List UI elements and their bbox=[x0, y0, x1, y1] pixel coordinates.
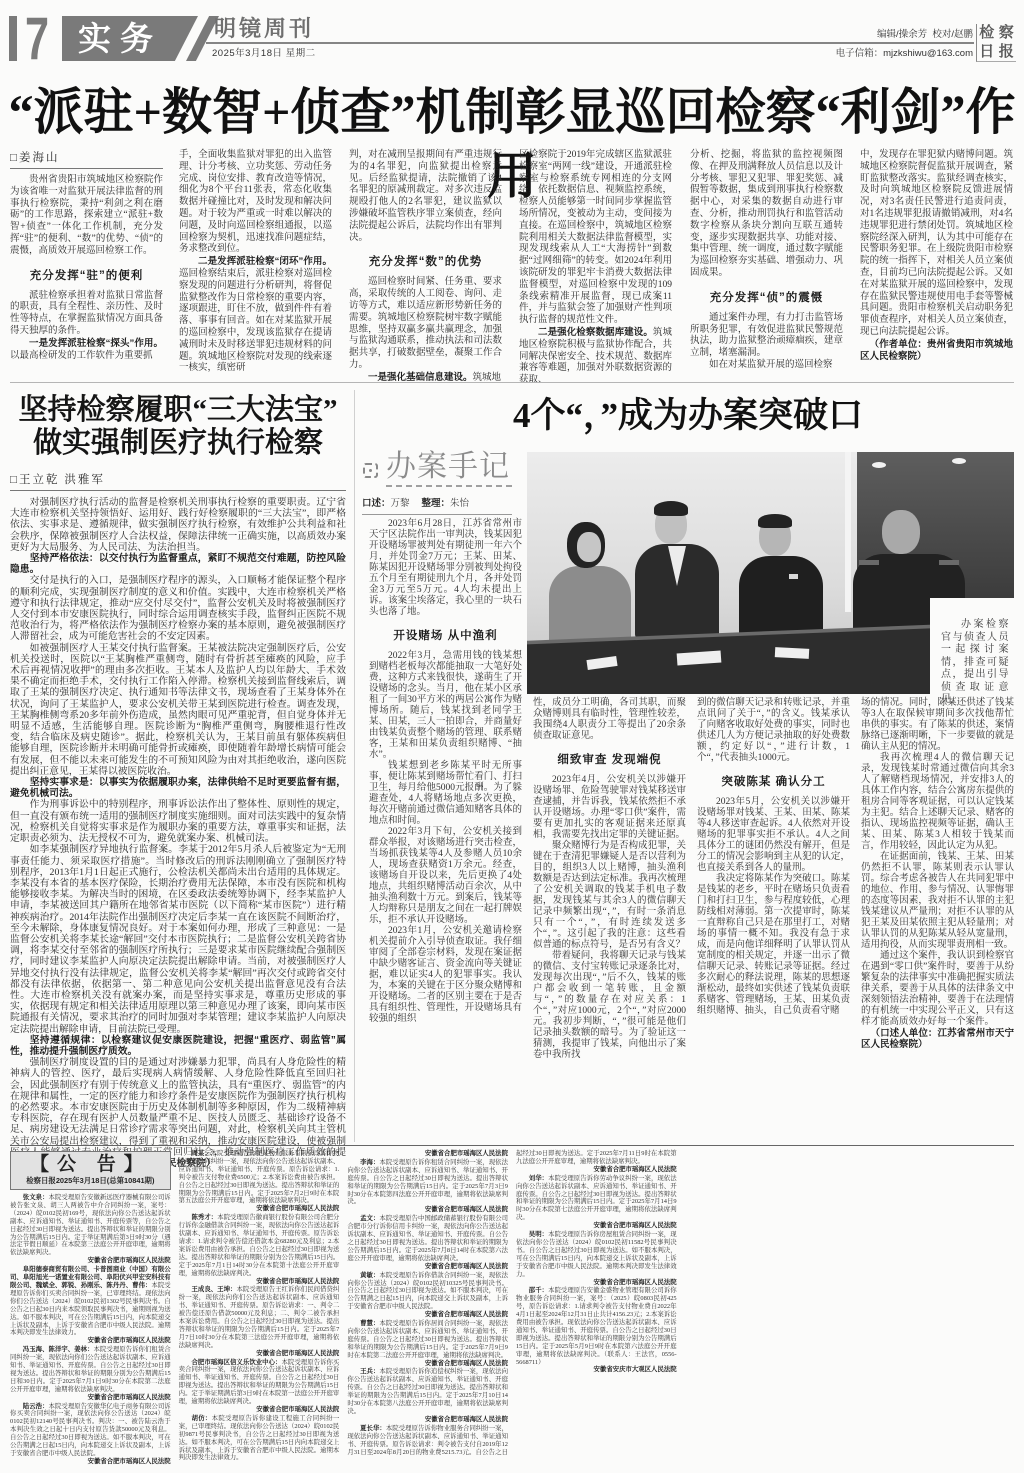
notice-item: 黄敏：本院受理原告诉你借款合同纠纷一案，现依法向你公告送达（2024）皖0102… bbox=[347, 1272, 508, 1319]
notice-court: 安徽省合肥市瑶海区人民法院 bbox=[179, 1278, 340, 1286]
paragraph: 二是强化检察数据库建设。筑城地区检察院积极与监狱协作配合，共同解决保密安全、技术… bbox=[519, 327, 672, 387]
paragraph-text: 如在对某监狱开展的巡回检察 bbox=[709, 360, 833, 370]
notice-body: 本院受理原告诉你房屋租赁合同纠纷一案，现依法向你公告送达（2024）皖0102民… bbox=[516, 1231, 677, 1278]
article2-body: □王立乾 洪雅军对强制医疗执行活动的监督是检察机关刑事执行检察的重要职责。辽宁省… bbox=[10, 472, 346, 1169]
notice-recipient: 陈秀才： bbox=[191, 1214, 217, 1221]
logo-char: 日 bbox=[977, 43, 997, 62]
paragraph: 巡回检察时间紧、任务重、要求高，采取传统的人工阅卷、询问、走访等方式，难以适应新… bbox=[349, 277, 502, 371]
paragraph-text: 如李某强制医疗异地执行监督案。李某于2012年5月杀人后被鉴定为“无刑事责任能力… bbox=[10, 844, 346, 1034]
notice-body: 本院受理原告安徽华亿电子商务有限公司诉你买卖合同纠纷一案，现依法向你公告送达（2… bbox=[10, 1403, 171, 1457]
editor-credits: 编辑/操余芳 校对/赵鹏 bbox=[877, 29, 973, 41]
notice-item: 刘华：本院受理原告诉你劳动争议纠纷一案，现依法向你公告送达起诉状副本、应诉通知书… bbox=[516, 1175, 677, 1230]
notice-court: 安徽省合肥市瑶海区人民法院 bbox=[516, 1222, 677, 1230]
paragraph-lead: 坚持严格依法：以交付执行为监督重点，紧盯不规范交付难题，防控风险隐患。 bbox=[10, 553, 346, 575]
photo-person-4-epaulette bbox=[939, 560, 959, 565]
paragraph: 我再次梳理4人的微信聊天记录，发现钱某时常通过微信向其余3人了解赌档现场情况，并… bbox=[861, 753, 1014, 852]
article1-column-2: 手，全面收集监狱对罪犯的出入监管理、计分考核、立功奖惩、劳动任务完成、岗位安排、… bbox=[179, 150, 332, 375]
case-notes-icon bbox=[363, 463, 378, 478]
paragraph: 分析、挖掘，将监狱的监控视频图像、在押及刑满释放人员信息以及计分考核、罪犯又犯罪… bbox=[690, 150, 843, 280]
paragraph-lead: 二是强化检察数据库建设。 bbox=[538, 327, 653, 338]
photo-person-3-body bbox=[739, 556, 823, 642]
paragraph-text: 通过案件办理，有力打击监管场所职务犯罪，有效促进监狱民警规范执法，助力监狱整治顽… bbox=[690, 313, 843, 358]
paragraph: 如被强制医疗人王某交付执行监督案。王某被法院决定强制医疗后，公安机关投送时，医院… bbox=[10, 643, 346, 777]
notice-item: 吴明：本院受理原告诉你房屋租赁合同纠纷一案，现依法向你公告送达（2024）皖01… bbox=[516, 1231, 677, 1286]
paragraph: 派驻检察承担着对监狱日常监督的职责，具有全程性、亲历性、及时性等特点，在掌握监狱… bbox=[10, 291, 163, 338]
paragraph: 二是发挥派驻检察“闭环”作用。巡回检察结束后，派驻检察对巡回检察发现的问题进行分… bbox=[179, 256, 332, 375]
notice-recipient: 阜阳德泰商贸有限公司、卡普图商业（中国）有限公司、阜阳旭光一诺置业有限公司、阜阳… bbox=[10, 1266, 171, 1289]
paragraph-text: 2022年3月，急需用钱的钱某想到赌档老板每次都能抽取一大笔好处费，这种方式来钱… bbox=[369, 651, 522, 760]
narrator-name: 万黎 bbox=[391, 499, 410, 509]
paragraph: 2022年3月下旬，公安机关接到群众举报，对该赌场进行突击检查，当场抓获钱某等4… bbox=[369, 827, 522, 926]
notice-body: 本院受理原告中国邮政储蓄银行股份有限公司合肥市分行诉你信用卡纠纷一案，现依法向你… bbox=[347, 1215, 508, 1262]
paragraph-text: 我再次梳理4人的微信聊天记录，发现钱某时常通过微信向其余3人了解赌档现场情况，并… bbox=[861, 753, 1014, 851]
paragraph-text: 突破陈某 确认分工 bbox=[721, 776, 825, 788]
paragraph-text: 2023年5月，公安机关以涉嫌开设赌场罪对钱某、王某、田某、陈某等4人移送审查起… bbox=[697, 797, 850, 873]
paragraph: 中，发现存在罪犯狱内赌博问题。筑城地区检察院督促监狱开展调查，紧盯监狱整改落实。… bbox=[860, 150, 1013, 339]
notice-recipient: 孟文： bbox=[360, 1215, 379, 1222]
notice-item: 陆云浩：本院受理原告安徽华亿电子商务有限公司诉你买卖合同纠纷一案，现依法向你公告… bbox=[10, 1403, 171, 1466]
notice-recipient: 冯玉海、陈洋宇、姜林： bbox=[23, 1346, 94, 1353]
notice-court: 安徽省合肥市瑶海区人民法院 bbox=[516, 1166, 677, 1174]
paragraph: 通过这个案件，我认识到检察官在遇到“零口供”案件时，要善于从纷繁复杂的法律事实中… bbox=[861, 951, 1014, 1028]
notice-body: 本院受理原告安徽金盛物业管理有限公司诉你物业服务合同纠纷一案，案号：（2025）… bbox=[516, 1287, 677, 1365]
notice-recipient: 胡仿： bbox=[191, 1415, 211, 1422]
paragraph-text: 手，全面收集监狱对罪犯的出入监管理、计分考核、立功奖惩、劳动任务完成、岗位安排、… bbox=[179, 150, 332, 254]
logo-char: 检 bbox=[977, 24, 997, 43]
notice-recipient: 邵千： bbox=[529, 1287, 548, 1294]
notice-court: 安徽省合肥市瑶海区人民法院 bbox=[516, 1279, 677, 1287]
paragraph-text: 贵州省贵阳市筑城地区检察院作为该省唯一对监狱开展法律监督的刑事执行检察院，秉持“… bbox=[10, 175, 163, 256]
notice-court: 安徽省合肥市瑶海区人民法院 bbox=[347, 1360, 508, 1368]
article3-column-2: 性，成员分工明确，各司其职，而聚众赌博则具有临时性，管理性较差，我围绕4人职责分… bbox=[533, 698, 686, 1061]
editor-name: 朱怡 bbox=[450, 499, 469, 509]
paragraph-text: 充分发挥“侦”的震慑 bbox=[710, 292, 824, 304]
paragraph: 作为刑事诉讼中的特别程序，刑事诉讼法作出了整体性、原则性的规定，但一直没有颁布统… bbox=[10, 799, 346, 844]
paragraph: 如在对某监狱开展的巡回检察 bbox=[690, 360, 843, 372]
paragraph: （口述人单位：江苏省常州市天宁区人民检察院） bbox=[861, 1028, 1014, 1050]
notice-recipient: 王兵： bbox=[360, 1368, 379, 1375]
photo-person-1-body bbox=[549, 566, 631, 646]
article1-column-3: 判，对在减刑呈报期间有严重违规行为的4名罪犯，向监狱提出检察意见。后经监狱提请，… bbox=[349, 150, 502, 385]
photo-document bbox=[775, 647, 809, 659]
notice-item: 陈秀才：本院受理原告徽商银行股份有限公司合肥分行诉你金融借款合同纠纷一案，现依法… bbox=[179, 1214, 340, 1285]
notice-court: 安徽省安庆市大观区人民法院 bbox=[516, 1366, 677, 1374]
notice-court: 安徽省合肥市瑶海区人民法院 bbox=[347, 1416, 508, 1424]
column-name: 明镜周刊 bbox=[214, 16, 314, 42]
article3-credits: 口述：万黎整理：朱怡 bbox=[362, 497, 512, 515]
paragraph: 2023年1月，公安机关邀请检察机关提前介入引导侦查取证。我仔细审阅了全部卷宗材… bbox=[369, 926, 522, 1025]
paragraph: 突破陈某 确认分工 bbox=[697, 775, 850, 789]
paragraph-text: 场的情况。同时，陈某还供述了钱某等3人在取保候审期间多次找他帮忙串供的事实。有了… bbox=[861, 698, 1014, 752]
paragraph: 2022年3月，急需用钱的钱某想到赌档老板每次都能抽取一大笔好处费，这种方式来钱… bbox=[369, 651, 522, 761]
paragraph: 手，全面收集监狱对罪犯的出入监管理、计分考核、立功奖惩、劳动任务完成、岗位安排、… bbox=[179, 150, 332, 256]
notice-court: 安徽省合肥市瑶海区人民法院 bbox=[347, 1150, 508, 1158]
article3-headline: 4个“，”成为办案突破口 bbox=[362, 394, 1014, 438]
paragraph-text: 2023年4月，公安机关以涉嫌开设赌场罪、危险驾驶罪对钱某移送审查逮捕，并告诉我… bbox=[533, 775, 686, 840]
paragraph: 到的微信聊天记录和转账记录，并重点讯问了关于“，”的含义。钱某承认了向赌客收取好… bbox=[697, 698, 850, 764]
paragraph: 性，成员分工明确，各司其职，而聚众赌博则具有临时性，管理性较差，我围绕4人职责分… bbox=[533, 698, 686, 742]
paragraph: 场的情况。同时，陈某还供述了钱某等3人在取保候审期间多次找他帮忙串供的事实。有了… bbox=[861, 698, 1014, 753]
paragraph-text: 聚众赌博行为是否构成犯罪，关键在于查清犯罪嫌疑人是否以营利为目的，组织3人以上赌… bbox=[533, 841, 686, 950]
photo-person-3-badge bbox=[789, 574, 798, 579]
paragraph-text: 巡回检察时间紧、任务重、要求高，采取传统的人工阅卷、询问、走访等方式，难以适应新… bbox=[349, 277, 502, 370]
paragraph-text: 巡回检察结束后，派驻检察对巡回检察发现的问题进行分析研判，将督促监狱整改作为日常… bbox=[179, 269, 332, 373]
photo-person-1-face bbox=[577, 532, 601, 562]
notice-body: 本院受理原告安徽新远医疗器械有限公司诉被告张文泉、胡三人两被告中介合同纠纷一案，… bbox=[10, 1194, 171, 1256]
paragraph: 在证据面前，钱某、王某、田某仍然拒不认罪，陈某则表示认罪认罚。综合考虑各被告人在… bbox=[861, 852, 1014, 951]
paragraph: 聚众赌博行为是否构成犯罪，关键在于查清犯罪嫌疑人是否以营利为目的，组织3人以上赌… bbox=[533, 841, 686, 951]
notice-body: 本院受理原告诉你劳动争议纠纷一案，现依法向你公告送达起诉状副本、应诉通知书、举证… bbox=[516, 1175, 677, 1222]
paragraph: 2023年4月，公安机关以涉嫌开设赌场罪、危险驾驶罪对钱某移送审查逮捕，并告诉我… bbox=[533, 775, 686, 841]
narrator-label: 口述： bbox=[362, 498, 391, 509]
paragraph: 钱某想到老乡陈某平时无所事事，便让陈某到赌场帮忙看门、打扫卫生，每月给他5000… bbox=[369, 761, 522, 827]
paragraph-text: 区检察院于2019年完成辖区监狱派驻检察室“两网一线”建设，开通派驻检察室与检察… bbox=[519, 150, 672, 325]
paragraph-text: 分析、挖掘，将监狱的监控视频图像、在押及刑满释放人员信息以及计分考核、罪犯又犯罪… bbox=[690, 150, 843, 278]
article1-column-6: 中，发现存在罪犯狱内赌博问题。筑城地区检察院督促监狱开展调查，紧盯监狱整改落实。… bbox=[860, 150, 1013, 362]
photo-person-4-face bbox=[882, 510, 920, 554]
series-label: 办案手记 bbox=[386, 449, 512, 487]
paragraph-text: 性，成员分工明确，各司其职，而聚众赌博则具有临时性，管理性较差，我围绕4人职责分… bbox=[533, 698, 686, 741]
paragraph: 交付是执行的入口，是强制医疗程序的源头，入口顺畅才能保证整个程序的顺利完成，实现… bbox=[10, 575, 346, 642]
paragraph-text: 带着疑问，我将聊天记录与钱某的微信、支付宝转账记录逐条比对，发现每次出现“，”后… bbox=[533, 951, 686, 1060]
paragraph-lead: 一是发挥派驻检察“探头”作用。 bbox=[29, 338, 163, 349]
paragraph-text: 通过这个案件，我认识到检察官在遇到“零口供”案件时，要善于从纷繁复杂的法律事实中… bbox=[861, 951, 1014, 1027]
notices-title: 【公 告】 bbox=[11, 1154, 170, 1176]
paragraph: 细致审查 发现端倪 bbox=[533, 753, 686, 767]
notices-subtitle: 检察日报2025年3月18日(总第10841期) bbox=[11, 1176, 170, 1186]
paragraph: 区检察院于2019年完成辖区监狱派驻检察室“两网一线”建设，开通派驻检察室与检察… bbox=[519, 150, 672, 327]
paragraph: （作者单位：贵州省贵阳市筑城地区人民检察院） bbox=[860, 339, 1013, 363]
issue-date: 2025年3月18日 星期二 bbox=[212, 48, 316, 60]
paragraph-text: （口述人单位：江苏省常州市天宁区人民检察院） bbox=[861, 1028, 1014, 1050]
paragraph: 充分发挥“驻”的便利 bbox=[10, 269, 163, 283]
paragraph: 充分发挥“数”的优势 bbox=[349, 255, 502, 269]
section-divider bbox=[10, 382, 1014, 383]
column-divider bbox=[354, 390, 355, 1142]
editor-email: 电子信箱：mjzkshiwu@163.com bbox=[836, 48, 973, 60]
notice-item: 张文泉：本院受理原告安徽新远医疗器械有限公司诉被告张文泉、胡三人两被告中介合同纠… bbox=[10, 1194, 171, 1265]
notice-body: 本院受理原告徽商银行股份有限公司合肥分行诉你金融借款合同纠纷一案，现依法向你公告… bbox=[179, 1214, 340, 1276]
paragraph-lead: 二是发挥派驻检察“闭环”作用。 bbox=[198, 256, 332, 267]
paragraph: 充分发挥“侦”的震慑 bbox=[690, 291, 843, 305]
paragraph-text: 在证据面前，钱某、王某、田某仍然拒不认罪，陈某则表示认罪认罚。综合考虑各被告人在… bbox=[861, 852, 1014, 950]
notice-item: 邵千：本院受理原告安徽金盛物业管理有限公司诉你物业服务合同纠纷一案，案号：（20… bbox=[516, 1287, 677, 1374]
article3-column-1: 2023年6月28日，江苏省常州市天宁区法院作出一审判决，钱某因犯开设赌场罪被判… bbox=[369, 519, 522, 1025]
paragraph-text: 派驻检察承担着对监狱日常监督的职责，具有全程性、亲历性、及时性等特点，在掌握监狱… bbox=[10, 291, 163, 336]
paragraph: 贵州省贵阳市筑城地区检察院作为该省唯一对监狱开展法律监督的刑事执行检察院，秉持“… bbox=[10, 175, 163, 258]
article1-column-1: □姜海山贵州省贵阳市筑城地区检察院作为该省唯一对监狱开展法律监督的刑事执行检察院… bbox=[10, 150, 163, 362]
notice-recipient: 黄敏： bbox=[360, 1272, 379, 1279]
paragraph-text: 判，对在减刑呈报期间有严重违规行为的4名罪犯，向监狱提出检察意见。后经监狱提请，… bbox=[349, 150, 502, 243]
article3-column-3: 到的微信聊天记录和转账记录，并重点讯问了关于“，”的含义。钱某承认了向赌客收取好… bbox=[697, 698, 850, 1017]
photo-caption: 办案检察官与侦查人员一起探讨案情，排查可疑点，提出引导侦查取证意见。 bbox=[941, 619, 1009, 707]
notice-body: 本院受理原告诉你追偿权纠纷一案，现依法向你公告送达起诉状副本、应诉通知书、举证通… bbox=[347, 1368, 508, 1415]
notice-body: 本院受理原告诉你们租赁合同纠纷一案，现依法向你们公告送达起诉状副本、应诉通知书、… bbox=[10, 1346, 171, 1393]
notice-body: 本院受理原告诉你买卖合同纠纷一案，现依法向你公告送达起诉状副本、应诉通知书、举证… bbox=[179, 1359, 340, 1406]
paragraph-text: （作者单位：贵州省贵阳市筑城地区人民检察院） bbox=[860, 339, 1013, 362]
paragraph-text: 如被强制医疗人王某交付执行监督案。王某被法院决定强制医疗后，公安机关投送时，医院… bbox=[10, 643, 346, 777]
notice-recipient: 陆云浩： bbox=[23, 1403, 49, 1410]
notice-court: 安徽省合肥市瑶海区人民法院 bbox=[347, 1263, 508, 1271]
photo-person-4-epaulette bbox=[859, 560, 879, 565]
paragraph: 坚持遵循规律：以检察建议促安康医院建设，把握“重医疗、弱监管”属性，推动提升强制… bbox=[10, 1035, 346, 1057]
notice-item: 王兵：本院受理原告诉你追偿权纠纷一案，现依法向你公告送达起诉状副本、应诉通知书、… bbox=[347, 1368, 508, 1423]
notice-body: 本院受理原告合肥某物业服务有限公司诉你物业服务合同纠纷一案，现依法向你公告送达起… bbox=[179, 1150, 340, 1204]
notice-recipient: 周某： bbox=[191, 1150, 210, 1157]
paragraph: 一是发挥派驻检察“探头”作用。以最高检研发的工作软件为重要抓 bbox=[10, 338, 163, 363]
paragraph: 坚持严格依法：以交付执行为监督重点，紧盯不规范交付难题，防控风险隐患。 bbox=[10, 553, 346, 575]
paragraph-text: 对强制医疗执行活动的监督是检察机关刑事执行检察的重要职责。辽宁省大连市检察机关坚… bbox=[10, 497, 346, 553]
notice-item: 冯玉海、陈洋宇、姜林：本院受理原告诉你们租赁合同纠纷一案，现依法向你们公告送达起… bbox=[10, 1346, 171, 1401]
paragraph: 2023年6月28日，江苏省常州市天宁区法院作出一审判决，钱某因犯开设赌场罪被判… bbox=[369, 519, 522, 618]
notice-recipient: 夏长华： bbox=[360, 1425, 386, 1432]
notice-recipient: 李海： bbox=[360, 1159, 379, 1166]
paragraph-text: 钱某想到老乡陈某平时无所事事，便让陈某到赌场帮忙看门、打扫卫生，每月给他5000… bbox=[369, 761, 522, 826]
notices-divider bbox=[10, 1145, 1014, 1146]
paragraph-text: 2023年6月28日，江苏省常州市天宁区法院作出一审判决，钱某因犯开设赌场罪被判… bbox=[369, 519, 522, 617]
notice-item: 合肥市瑶海区信义乐饮业中心：本院受理原告诉你买卖合同纠纷一案，现依法向你公告送达… bbox=[179, 1359, 340, 1414]
paragraph-text: 以最高检研发的工作软件为重要抓 bbox=[10, 351, 153, 361]
notice-recipient: 合肥市瑶海区信义乐饮业中心： bbox=[191, 1359, 281, 1366]
logo-char: 察 bbox=[997, 24, 1017, 43]
paragraph: 开设赌场 从中渔利 bbox=[369, 629, 522, 643]
paragraph-text: 我决定将陈某作为突破口。陈某是钱某的老乡，平时在赌场只负责看门和打扫卫生，参与程… bbox=[697, 874, 850, 1016]
notice-body: 本院受理原告诉你们买卖合同纠纷一案，已审理终结。现依法向你们公告送达（2024）… bbox=[10, 1282, 171, 1336]
notice-item: 孟文：本院受理原告中国邮政储蓄银行股份有限公司合肥市分行诉你信用卡纠纷一案，现依… bbox=[347, 1215, 508, 1270]
article2-headline: 坚持检察履职“三大法宝” 做实强制医疗执行检察 bbox=[10, 394, 346, 460]
newspaper-logo: 检 察 日 报 bbox=[976, 24, 1016, 62]
paragraph-text: 2023年1月，公安机关邀请检察机关提前介入引导侦查取证。我仔细审阅了全部卷宗材… bbox=[369, 926, 522, 1024]
paragraph: 对强制医疗执行活动的监督是检察机关刑事执行检察的重要职责。辽宁省大连市检察机关坚… bbox=[10, 497, 346, 553]
notice-court: 安徽省合肥市瑶海区人民法院 bbox=[179, 1406, 340, 1414]
notice-item: 周某：本院受理原告合肥某物业服务有限公司诉你物业服务合同纠纷一案，现依法向你公告… bbox=[179, 1150, 340, 1213]
paragraph: 带着疑问，我将聊天记录与钱某的微信、支付宝转账记录逐条比对，发现每次出现“，”后… bbox=[533, 951, 686, 1061]
paragraph-text: 充分发挥“驻”的便利 bbox=[30, 270, 144, 282]
paragraph: 2023年5月，公安机关以涉嫌开设赌场罪对钱某、王某、田某、陈某等4人移送审查起… bbox=[697, 797, 850, 874]
page-number-bar bbox=[9, 16, 17, 61]
notice-court: 安徽省合肥市瑶海区人民法院 bbox=[179, 1205, 340, 1213]
paragraph-lead: 坚持实事求是：以事实为依据履职办案，法律供给不足时更要监督有据，避免机械司法。 bbox=[10, 777, 346, 799]
photo-person-3-hair bbox=[758, 514, 792, 528]
paragraph: 判，对在减刑呈报期间有严重违规行为的4名罪犯，向监狱提出检察意见。后经监狱提请，… bbox=[349, 150, 502, 244]
notice-court: 安徽省合肥市瑶海区人民法院 bbox=[10, 1337, 171, 1345]
legal-notices: 【公 告】 检察日报2025年3月18日(总第10841期) 张文泉：本院受理原… bbox=[10, 1150, 1014, 1470]
notice-court: 安徽省合肥市瑶海区人民法院 bbox=[10, 1458, 171, 1466]
article2-headline-line-2: 做实强制医疗执行检察 bbox=[10, 427, 346, 460]
paragraph: □姜海山 bbox=[10, 150, 163, 169]
paragraph-text: 2022年3月下旬，公安机关接到群众举报，对该赌场进行突击检查，当场抓获钱某等4… bbox=[369, 827, 522, 925]
article2-headline-line-1: 坚持检察履职“三大法宝” bbox=[10, 394, 346, 427]
notice-recipient: 吴明： bbox=[529, 1231, 548, 1238]
paragraph-text: 开设赌场 从中渔利 bbox=[393, 630, 497, 642]
editor-label: 整理： bbox=[422, 498, 451, 509]
notice-recipient: 刘华： bbox=[529, 1175, 548, 1182]
paragraph-text: 细致审查 发现端倪 bbox=[557, 754, 661, 766]
photo-ceiling-light bbox=[952, 458, 966, 464]
notice-recipient: 张文泉： bbox=[23, 1194, 49, 1201]
notice-recipient: 曹慧： bbox=[360, 1320, 379, 1327]
photo-ceiling-light bbox=[872, 462, 886, 468]
paragraph-text: □王立乾 洪雅军 bbox=[10, 474, 105, 486]
masthead-rule bbox=[206, 42, 974, 44]
section-label: 实务 bbox=[78, 16, 162, 61]
notices-header: 【公 告】 检察日报2025年3月18日(总第10841期) bbox=[10, 1151, 171, 1190]
paragraph-text: 到的微信聊天记录和转账记录，并重点讯问了关于“，”的含义。钱某承认了向赌客收取好… bbox=[697, 698, 850, 763]
article3-column-4: 场的情况。同时，陈某还供述了钱某等3人在取保候审期间多次找他帮忙串供的事实。有了… bbox=[861, 698, 1014, 1050]
paragraph: 坚持实事求是：以事实为依据履职办案，法律供给不足时更要监督有据，避免机械司法。 bbox=[10, 777, 346, 799]
notice-item: 阜阳德泰商贸有限公司、卡普图商业（中国）有限公司、阜阳旭光一诺置业有限公司、阜阳… bbox=[10, 1266, 171, 1345]
case-notes-icon-dot bbox=[369, 469, 372, 472]
notice-item: 李海：本院受理原告诉你租赁合同纠纷一案，现依法向你公告送达起诉状副本、应诉通知书… bbox=[347, 1159, 508, 1214]
notice-court: 安徽省合肥市瑶海区人民法院 bbox=[347, 1311, 508, 1319]
article1-column-4: 区检察院于2019年完成辖区监狱派驻检察室“两网一线”建设，开通派驻检察室与检察… bbox=[519, 150, 672, 387]
paragraph-text: 作为刑事诉讼中的特别程序，刑事诉讼法作出了整体性、原则性的规定，但一直没有颁布统… bbox=[10, 799, 346, 844]
notice-court: 安徽省合肥市瑶海区人民法院 bbox=[10, 1394, 171, 1402]
notice-court: 安徽省合肥市瑶海区人民法院 bbox=[347, 1206, 508, 1214]
paragraph-text: □姜海山 bbox=[10, 152, 59, 164]
notice-item: 曹慧：本院受理原告诉你居间合同纠纷一案，现依法向你公告送达起诉状副本、应诉通知书… bbox=[347, 1320, 508, 1367]
paragraph-text: 交付是执行的入口，是强制医疗程序的源头，入口顺畅才能保证整个程序的顺利完成，实现… bbox=[10, 575, 346, 642]
notice-body: 本院受理原告诉你租赁合同纠纷一案，现依法向你公告送达起诉状副本、应诉通知书、举证… bbox=[347, 1159, 508, 1206]
notice-court: 安徽省合肥市瑶海区人民法院 bbox=[10, 1257, 171, 1265]
notice-body: 本院受理原告诉你建设工程施工合同纠纷一案，已审理终结。现依法向你公告送达（202… bbox=[179, 1415, 340, 1462]
paragraph: 我决定将陈某作为突破口。陈某是钱某的老乡，平时在赌场只负责看门和打扫卫生，参与程… bbox=[697, 874, 850, 1017]
paragraph: 通过案件办理，有力打击监管场所职务犯罪，有效促进监狱民警规范执法，助力监狱整治顽… bbox=[690, 313, 843, 360]
notice-item: 王成良、王坤：本院受理原告王红诉你们民间借贷纠纷一案，现依法向你们公告送达起诉状… bbox=[179, 1286, 340, 1357]
article1-column-5: 分析、挖掘，将监狱的监控视频图像、在押及刑满释放人员信息以及计分考核、罪犯又犯罪… bbox=[690, 150, 843, 372]
paragraph: □王立乾 洪雅军 bbox=[10, 472, 346, 491]
paragraph-text: 充分发挥“数”的优势 bbox=[369, 256, 483, 268]
photo-wall-panel bbox=[845, 452, 851, 612]
notice-body: 本院受理原告王红诉你们民间借贷纠纷一案，现依法向你们公告送达起诉状副本、应诉通知… bbox=[179, 1286, 340, 1348]
photo-person-2-hair bbox=[654, 501, 688, 516]
paragraph: 如李某强制医疗异地执行监督案。李某于2012年5月杀人后被鉴定为“无刑事责任能力… bbox=[10, 844, 346, 1034]
page-number: 7 bbox=[25, 16, 49, 61]
notice-recipient: 王成良、王坤： bbox=[191, 1286, 236, 1293]
paragraph-lead: 坚持遵循规律：以检察建议促安康医院建设，把握“重医疗、弱监管”属性，推动提升强制… bbox=[10, 1035, 346, 1057]
logo-char: 报 bbox=[997, 43, 1017, 62]
paragraph-text: 中，发现存在罪犯狱内赌博问题。筑城地区检察院督促监狱开展调查，紧盯监狱整改落实。… bbox=[860, 150, 1013, 337]
notice-court: 安徽省合肥市瑶海区人民法院 bbox=[179, 1350, 340, 1358]
